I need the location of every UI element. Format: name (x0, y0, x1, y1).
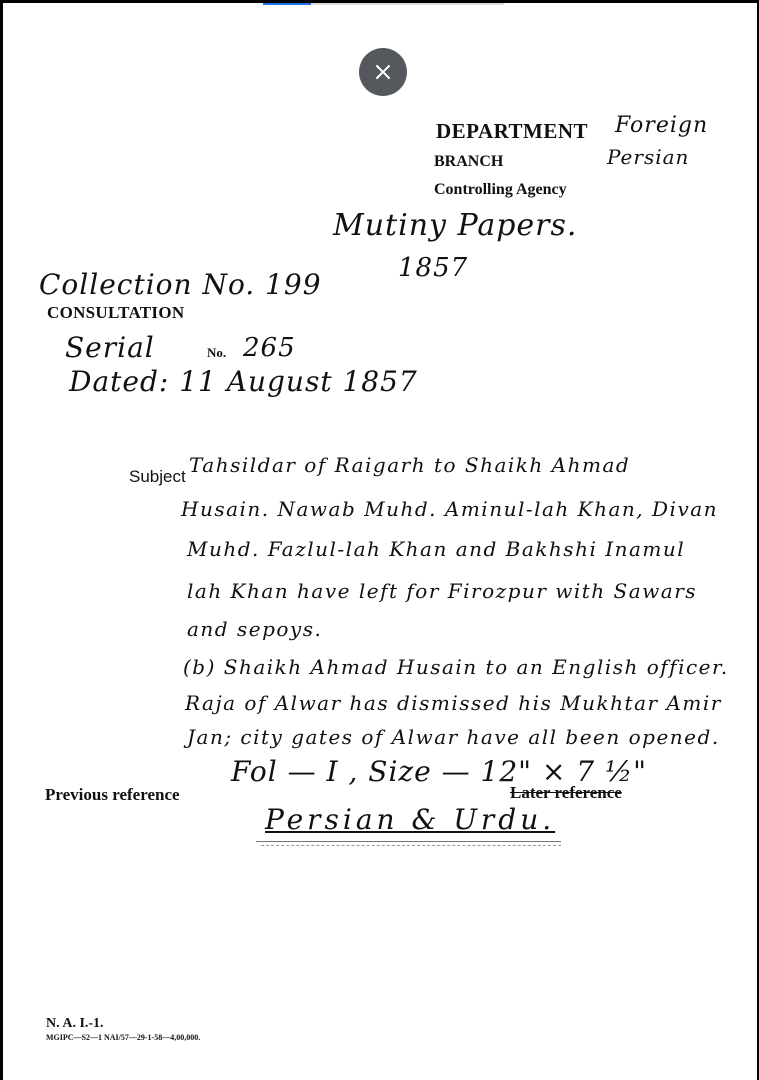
imprint-line: MGIPC—S2—1 NAI/57—29-1-58—4,00,000. (46, 1033, 200, 1042)
language-note: Persian & Urdu. (265, 803, 555, 836)
divider (256, 841, 561, 842)
department-label: DEPARTMENT (436, 119, 588, 144)
consultation-label: CONSULTATION (47, 303, 184, 323)
footer-code: N. A. I.-1. (46, 1016, 104, 1032)
subject-label: Subject (129, 467, 186, 487)
serial-no-label: No. (207, 345, 226, 361)
previous-reference-label: Previous reference (45, 785, 180, 805)
dated-value: Dated: 11 August 1857 (69, 365, 418, 398)
later-reference-label: Later reference (510, 783, 622, 803)
subject-line: Muhd. Fazlul-lah Khan and Bakhshi Inamul (187, 537, 685, 561)
agency-label: Controlling Agency (434, 181, 567, 199)
close-button[interactable] (359, 48, 407, 96)
year-value: 1857 (398, 253, 468, 283)
close-icon (375, 64, 391, 80)
subject-line: (b) Shaikh Ahmad Husain to an English of… (183, 655, 729, 679)
subject-line: and sepoys. (187, 617, 322, 641)
subject-line: lah Khan have left for Firozpur with Saw… (187, 579, 697, 603)
page-progress-fill (263, 3, 311, 5)
subject-line: Tahsildar of Raigarh to Shaikh Ahmad (189, 453, 630, 477)
department-value: Foreign (615, 113, 708, 138)
document-page: DEPARTMENT Foreign BRANCH Persian Contro… (3, 3, 757, 1080)
branch-label: BRANCH (434, 153, 503, 171)
serial-label: Serial (65, 331, 155, 364)
collection-number: Collection No. 199 (39, 268, 322, 301)
subject-line: Jan; city gates of Alwar have all been o… (187, 725, 720, 749)
agency-value: Mutiny Papers. (333, 208, 577, 243)
serial-value: 265 (243, 333, 296, 363)
subject-line: Husain. Nawab Muhd. Aminul-lah Khan, Div… (181, 497, 718, 521)
page-progress-bar (263, 3, 504, 5)
subject-line: Raja of Alwar has dismissed his Mukhtar … (185, 691, 722, 715)
branch-value: Persian (607, 145, 689, 169)
divider (261, 845, 561, 846)
